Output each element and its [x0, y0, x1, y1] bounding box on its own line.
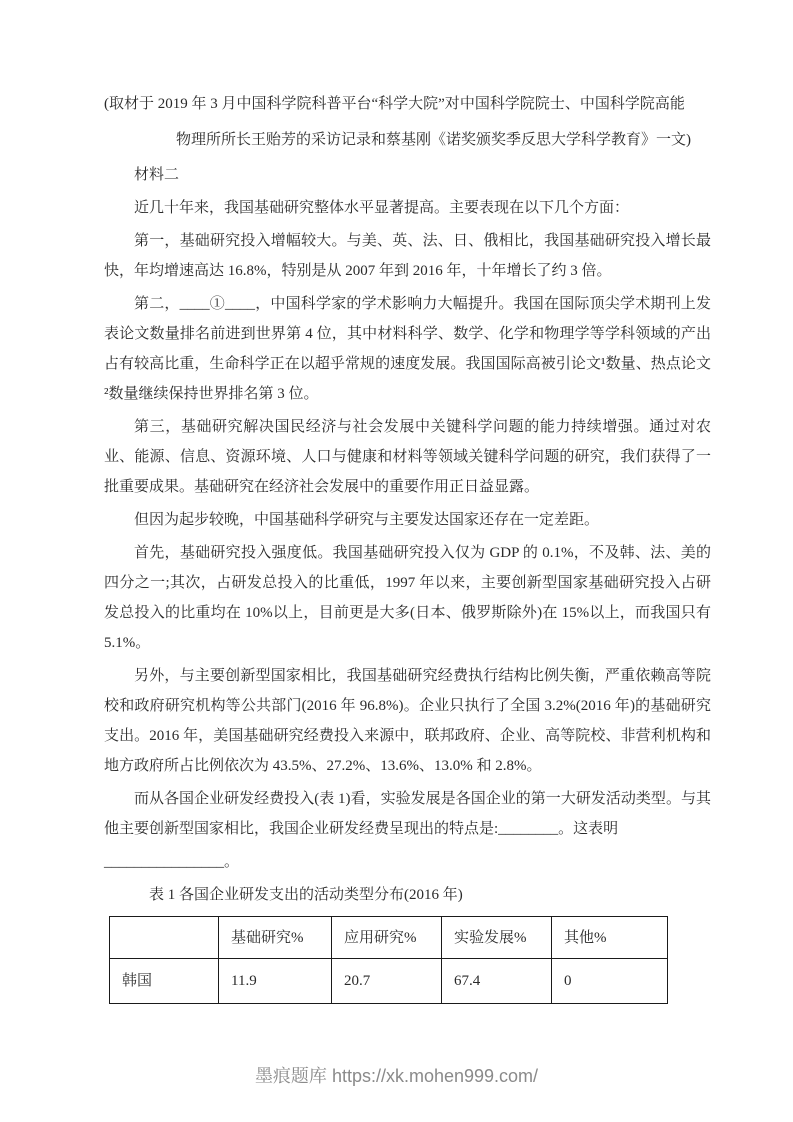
table-header-cell-experimental-development: 实验发展%: [442, 917, 552, 959]
table-cell-experimental-development: 67.4: [442, 959, 552, 1004]
document-page: (取材于 2019 年 3 月中国科学院科普平台“科学大院”对中国科学院院士、中…: [0, 0, 793, 1122]
paragraph-structure-imbalance: 另外，与主要创新型国家相比，我国基础研究经费执行结构比例失衡，严重依赖高等院校和…: [104, 661, 711, 781]
source-attribution: (取材于 2019 年 3 月中国科学院科普平台“科学大院”对中国科学院院士、中…: [104, 86, 711, 158]
paragraph-blank-line: ________________。: [104, 847, 711, 877]
table-cell-other: 0: [552, 959, 668, 1004]
table-header-cell-country: [110, 917, 219, 959]
table-caption: 表 1 各国企业研发支出的活动类型分布(2016 年): [104, 880, 711, 910]
section-label: 材料二: [104, 160, 711, 190]
table-header-cell-applied-research: 应用研究%: [332, 917, 442, 959]
paragraph-point-1: 第一，基础研究投入增幅较大。与美、英、法、日、俄相比，我国基础研究投入增长最快，…: [104, 226, 711, 286]
table-cell-basic-research: 11.9: [219, 959, 332, 1004]
paragraph-point-2-with-blank: 第二，____①____，中国科学家的学术影响力大幅提升。我国在国际顶尖学术期刊…: [104, 289, 711, 409]
page-footer: 墨痕题库 https://xk.mohen999.com/: [0, 1062, 793, 1090]
rd-activity-table: 基础研究% 应用研究% 实验发展% 其他% 韩国 11.9 20.7 67.4 …: [109, 916, 668, 1004]
paragraph-overview: 近几十年来，我国基础研究整体水平显著提高。主要表现在以下几个方面：: [104, 193, 711, 223]
table-header-row: 基础研究% 应用研究% 实验发展% 其他%: [110, 917, 668, 959]
table-row-korea: 韩国 11.9 20.7 67.4 0: [110, 959, 668, 1004]
table-header-cell-other: 其他%: [552, 917, 668, 959]
footer-watermark: 墨痕题库 https://xk.mohen999.com/: [255, 1066, 538, 1086]
table-cell-applied-research: 20.7: [332, 959, 442, 1004]
table-header-cell-basic-research: 基础研究%: [219, 917, 332, 959]
paragraph-point-3: 第三，基础研究解决国民经济与社会发展中关键科学问题的能力持续增强。通过对农业、能…: [104, 412, 711, 502]
attribution-line-2: 物理所所长王贻芳的采访记录和蔡基刚《诺奖颁奖季反思大学科学教育》一文): [104, 122, 711, 158]
paragraph-intensity-low: 首先，基础研究投入强度低。我国基础研究投入仅为 GDP 的 0.1%，不及韩、法…: [104, 538, 711, 658]
table-cell-country: 韩国: [110, 959, 219, 1004]
paragraph-gap-intro: 但因为起步较晚，中国基础科学研究与主要发达国家还存在一定差距。: [104, 505, 711, 535]
paragraph-enterprise-rd: 而从各国企业研发经费投入(表 1)看，实验发展是各国企业的第一大研发活动类型。与…: [104, 784, 711, 844]
document-content: (取材于 2019 年 3 月中国科学院科普平台“科学大院”对中国科学院院士、中…: [104, 86, 711, 1004]
attribution-line-1: (取材于 2019 年 3 月中国科学院科普平台“科学大院”对中国科学院院士、中…: [104, 86, 711, 122]
